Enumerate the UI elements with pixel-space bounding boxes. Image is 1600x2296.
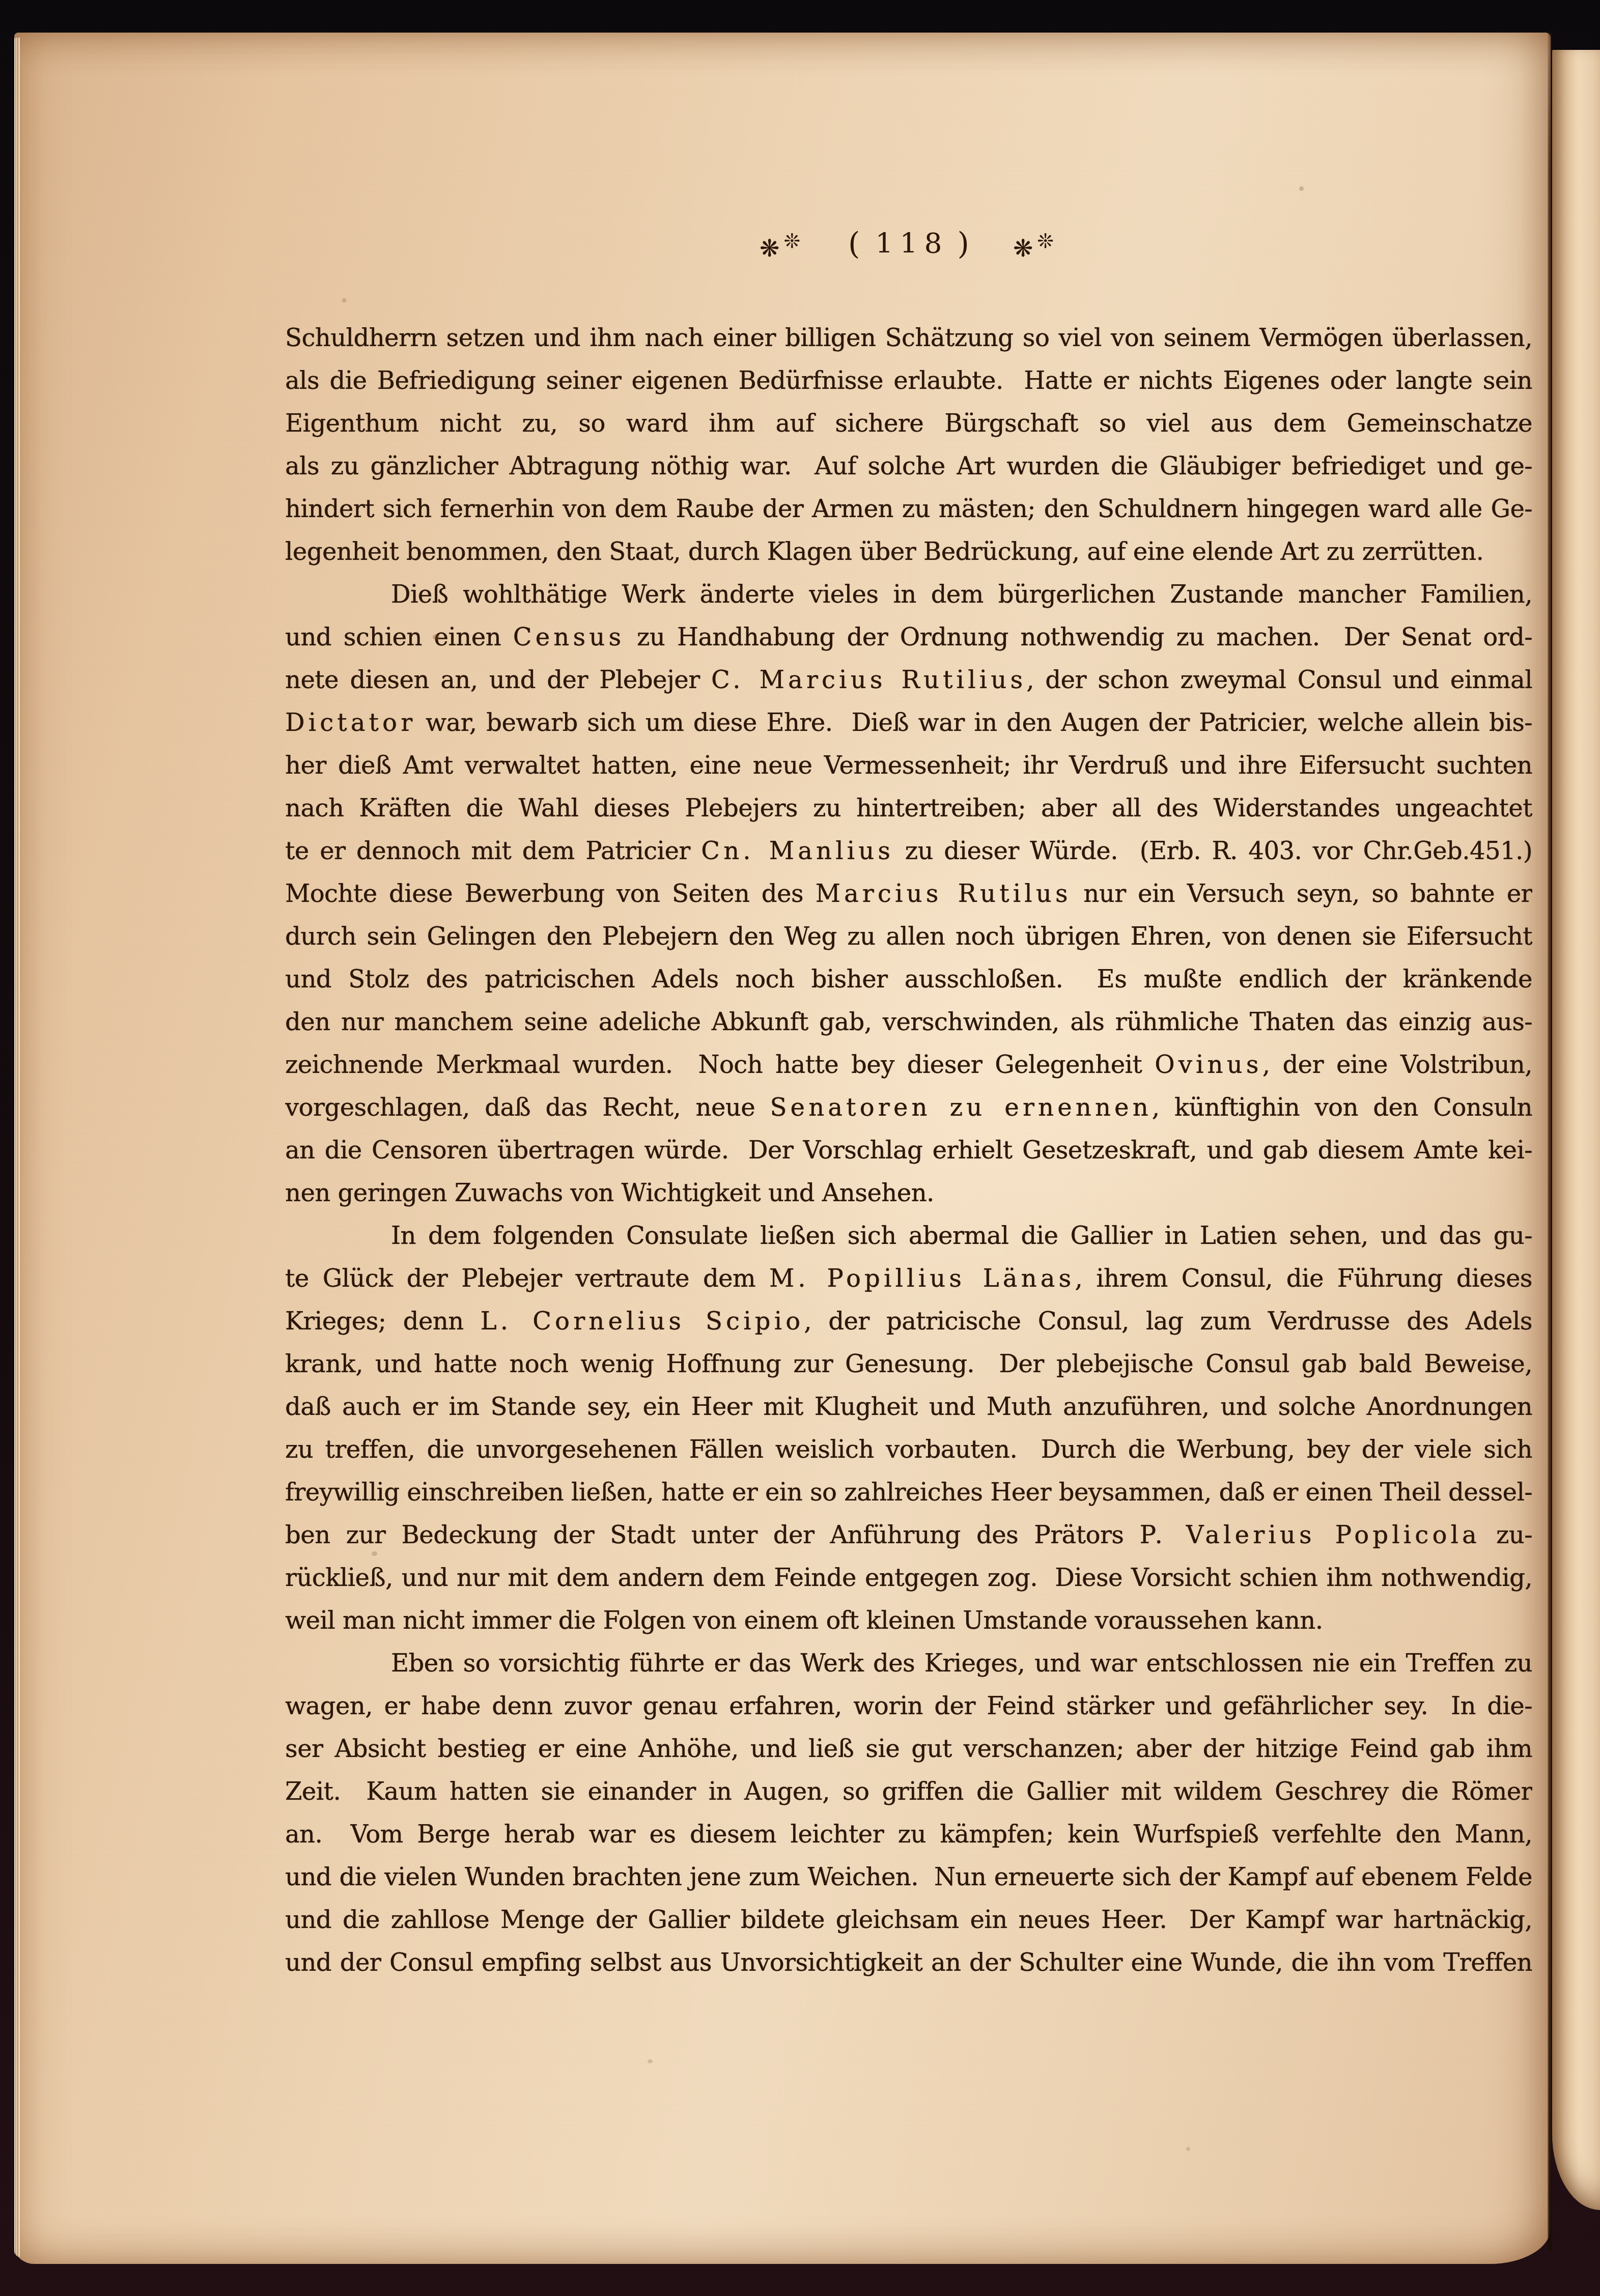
text-segment: rückließ, und nur mit dem andern dem Fei… xyxy=(285,1564,1532,1592)
text-line: als die Befriedigung seiner eigenen Bedü… xyxy=(285,359,1532,402)
text-segment: zu- xyxy=(1480,1521,1532,1549)
text-segment: Dieß wohlthätige Werk änderte vieles in … xyxy=(391,580,1532,609)
floral-ornament-icon: ❊ xyxy=(783,230,804,253)
text-line: Mochte diese Bewerbung von Seiten des Ma… xyxy=(285,872,1532,915)
text-line: Schuldherrn setzen und ihm nach einer bi… xyxy=(285,317,1532,359)
text-line: an die Censoren übertragen würde. Der Vo… xyxy=(285,1129,1532,1172)
text-segment: krank, und hatte noch wenig Hoffnung zur… xyxy=(285,1350,1532,1378)
text-line: zu treffen, die unvorgesehenen Fällen we… xyxy=(285,1428,1532,1471)
floral-ornament-icon: ❊ xyxy=(1037,230,1058,253)
text-segment: den nur manchem seine adeliche Abkunft g… xyxy=(285,1008,1532,1036)
text-line: In dem folgenden Consulate ließen sich a… xyxy=(285,1214,1532,1257)
close-paren: ) xyxy=(957,226,969,262)
text-line: zeichnende Merkmaal wurden. Noch hatte b… xyxy=(285,1043,1532,1086)
paper-speck xyxy=(1299,186,1304,191)
text-line: krank, und hatte noch wenig Hoffnung zur… xyxy=(285,1343,1532,1385)
text-line: und die zahllose Menge der Gallier bilde… xyxy=(285,1898,1532,1941)
text-line: nen geringen Zuwachs von Wichtigkeit und… xyxy=(285,1172,1532,1214)
letterspaced-name: L. Cornelius Scipio xyxy=(481,1307,804,1336)
paper-speck xyxy=(648,2059,653,2063)
text-line: te er dennoch mit dem Patricier Cn. Manl… xyxy=(285,830,1532,872)
letterspaced-name: M. Popillius Länas xyxy=(769,1264,1075,1293)
text-line: wagen, er habe denn zuvor genau erfahren… xyxy=(285,1685,1532,1727)
text-line: weil man nicht immer die Folgen von eine… xyxy=(285,1599,1532,1642)
text-segment: ser Absicht bestieg er eine Anhöhe, und … xyxy=(285,1735,1532,1770)
text-line: und der Consul empfing selbst aus Unvors… xyxy=(285,1941,1532,1984)
text-segment: Eben so vorsichtig führte er das Werk de… xyxy=(391,1649,1532,1678)
paper-speck xyxy=(1186,2147,1190,2151)
letterspaced-name: Dictator xyxy=(285,708,416,737)
text-segment: Schuldherrn setzen und ihm nach einer bi… xyxy=(285,324,1532,352)
letterspaced-name: Senatoren zu ernennen xyxy=(770,1093,1152,1122)
text-line: ben zur Bedeckung der Stadt unter der An… xyxy=(285,1514,1532,1556)
text-segment: an die Censoren übertragen würde. Der Vo… xyxy=(285,1136,1532,1165)
text-line: rückließ, und nur mit dem andern dem Fei… xyxy=(285,1556,1532,1599)
text-line: als zu gänzlicher Abtragung nöthig war. … xyxy=(285,445,1532,488)
text-segment: nach Kräften die Wahl dieses Plebejers z… xyxy=(285,794,1532,830)
text-segment: weil man nicht immer die Folgen von eine… xyxy=(285,1606,1323,1635)
text-segment: freywillig einschreiben ließen, hatte er… xyxy=(285,1478,1532,1507)
floral-ornament-icon: ❋ xyxy=(760,235,783,263)
text-segment: war, bewarb sich um diese Ehre. Dieß war… xyxy=(416,708,1532,737)
page-number: (118) xyxy=(848,225,969,261)
text-line: und die vielen Wunden brachten jene zum … xyxy=(285,1856,1532,1898)
text-line: und schien einen Census zu Handhabung de… xyxy=(285,616,1532,659)
text-line: an. Vom Berge herab war es diesem leicht… xyxy=(285,1813,1532,1856)
text-segment: ben zur Bedeckung der Stadt unter der An… xyxy=(285,1521,1140,1549)
book-page: ❋❊(118)❋❊ Schuldherrn setzen und ihm nac… xyxy=(14,33,1551,2264)
text-segment: daß auch er im Stande sey, ein Heer mit … xyxy=(285,1393,1532,1421)
text-segment: hindert sich fernerhin von dem Raube der… xyxy=(285,495,1532,523)
text-segment: te Glück der Plebejer vertraute dem xyxy=(285,1264,769,1293)
text-segment: , der eine Volstribun, xyxy=(1262,1051,1532,1079)
text-segment: und der Consul empfing selbst aus Unvors… xyxy=(285,1948,1532,1977)
header-ornament-right: ❋❊ xyxy=(1013,231,1058,259)
text-line: her dieß Amt verwaltet hatten, eine neue… xyxy=(285,744,1532,787)
text-segment: Mochte diese Bewerbung von Seiten des xyxy=(285,880,816,908)
text-segment: zu treffen, die unvorgesehenen Fällen we… xyxy=(285,1435,1532,1464)
text-line: freywillig einschreiben ließen, hatte er… xyxy=(285,1471,1532,1514)
text-segment: legenheit benommen, den Staat, durch Kla… xyxy=(285,537,1483,566)
letterspaced-name: Census xyxy=(513,623,625,651)
text-segment: nen geringen Zuwachs von Wichtigkeit und… xyxy=(285,1179,934,1207)
text-line: te Glück der Plebejer vertraute dem M. P… xyxy=(285,1257,1532,1300)
text-line: Zeit. Kaum hatten sie einander in Augen,… xyxy=(285,1770,1532,1813)
screenshot-root: { "page": { "header": { "ornament_left_1… xyxy=(0,0,1600,2296)
text-segment: und die zahllose Menge der Gallier bilde… xyxy=(285,1906,1532,1934)
paper-speck xyxy=(1482,1016,1487,1020)
text-segment: , der patricische Consul, lag zum Verdru… xyxy=(804,1307,1532,1336)
page-header: ❋❊(118)❋❊ xyxy=(285,225,1532,286)
letterspaced-name: Ovinus xyxy=(1155,1051,1262,1079)
text-segment: , ihrem Consul, die Führung dieses xyxy=(1075,1264,1532,1293)
text-line: nete diesen an, und der Plebejer C. Marc… xyxy=(285,659,1532,701)
paper-speck xyxy=(372,1551,377,1556)
letterspaced-name: Cn. Manlius xyxy=(701,837,894,865)
page-gutter-crease xyxy=(1548,33,1552,2251)
text-line: Dictator war, bewarb sich um diese Ehre.… xyxy=(285,701,1532,744)
page-number-value: 118 xyxy=(876,227,949,260)
text-line: durch sein Gelingen den Plebejern den We… xyxy=(285,915,1532,958)
text-line: den nur manchem seine adeliche Abkunft g… xyxy=(285,1001,1532,1043)
text-segment: te er dennoch mit dem Patricier xyxy=(285,837,701,865)
floral-ornament-icon: ❋ xyxy=(1013,235,1037,263)
text-line: ser Absicht bestieg er eine Anhöhe, und … xyxy=(285,1727,1532,1770)
text-segment: an. Vom Berge herab war es diesem leicht… xyxy=(285,1820,1532,1849)
text-segment: , der schon zweymal Consul und einmal xyxy=(1026,666,1532,694)
paper-speck xyxy=(815,1367,819,1371)
open-paren: ( xyxy=(848,226,860,262)
text-segment: Krieges; denn xyxy=(285,1307,481,1336)
text-line: und Stolz des patricischen Adels noch bi… xyxy=(285,958,1532,1001)
text-line: daß auch er im Stande sey, ein Heer mit … xyxy=(285,1385,1532,1428)
text-segment: her dieß Amt verwaltet hatten, eine neue… xyxy=(285,751,1532,780)
text-segment: zu Handhabung der Ordnung nothwendig zu … xyxy=(625,623,1532,651)
text-line: Krieges; denn L. Cornelius Scipio, der p… xyxy=(285,1300,1532,1343)
text-segment: vorgeschlagen, daß das Recht, neue xyxy=(285,1093,770,1122)
text-segment: Zeit. Kaum hatten sie einander in Augen,… xyxy=(285,1777,1532,1806)
text-segment: und die vielen Wunden brachten jene zum … xyxy=(285,1863,1532,1891)
text-line: vorgeschlagen, daß das Recht, neue Senat… xyxy=(285,1086,1532,1129)
paper-speck xyxy=(433,634,439,640)
text-segment: nete diesen an, und der Plebejer xyxy=(285,666,711,694)
text-segment: und schien einen xyxy=(285,623,513,651)
text-segment: wagen, er habe denn zuvor genau erfahren… xyxy=(285,1692,1532,1720)
letterspaced-name: P. Valerius Poplicola xyxy=(1140,1521,1480,1549)
text-segment: durch sein Gelingen den Plebejern den We… xyxy=(285,922,1532,951)
header-ornament-left: ❋❊ xyxy=(760,231,804,259)
text-segment: Eigenthum nicht zu, so ward ihm auf sich… xyxy=(285,409,1532,445)
text-segment: zu dieser Würde. (Erb. R. 403. vor Chr.G… xyxy=(894,837,1532,865)
next-page-edge xyxy=(1552,50,1600,2210)
text-segment: , künftighin von den Consuln xyxy=(1152,1093,1532,1122)
letterspaced-name: Marcius Rutilus xyxy=(816,880,1072,908)
text-segment: und Stolz des patricischen Adels noch bi… xyxy=(285,965,1532,1001)
text-line: hindert sich fernerhin von dem Raube der… xyxy=(285,488,1532,530)
text-line: Eben so vorsichtig führte er das Werk de… xyxy=(285,1642,1532,1685)
text-line: Eigenthum nicht zu, so ward ihm auf sich… xyxy=(285,402,1532,445)
text-segment: als die Befriedigung seiner eigenen Bedü… xyxy=(285,366,1532,395)
paper-speck xyxy=(342,298,346,302)
text-line: nach Kräften die Wahl dieses Plebejers z… xyxy=(285,787,1532,830)
text-block: Schuldherrn setzen und ihm nach einer bi… xyxy=(285,317,1532,1991)
text-segment: In dem folgenden Consulate ließen sich a… xyxy=(391,1222,1532,1250)
text-segment: zeichnende Merkmaal wurden. Noch hatte b… xyxy=(285,1051,1155,1079)
letterspaced-name: C. Marcius Rutilius xyxy=(711,666,1026,694)
text-segment: als zu gänzlicher Abtragung nöthig war. … xyxy=(285,452,1532,480)
text-line: legenheit benommen, den Staat, durch Kla… xyxy=(285,530,1532,573)
text-line: Dieß wohlthätige Werk änderte vieles in … xyxy=(285,573,1532,616)
